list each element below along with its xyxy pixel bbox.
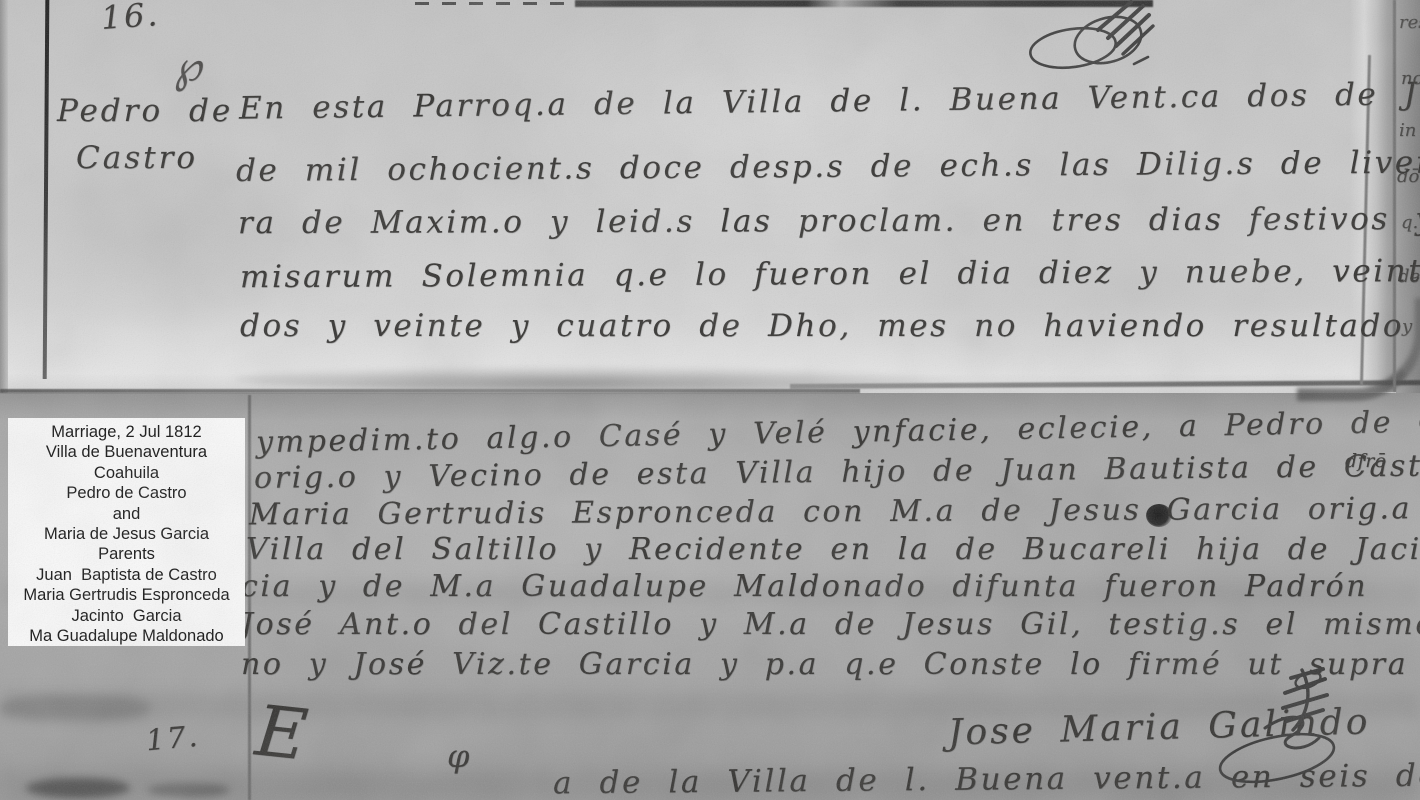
handwritten-line: de mil ochocient.s doce desp.s de ech.s …: [236, 146, 1420, 187]
label-parent-line: Maria Gertrudis Espronceda: [8, 585, 245, 605]
handwritten-line: cia y de M.a Guadalupe Maldonado difunta…: [241, 572, 1368, 602]
label-date-line: Marriage, 2 Jul 1812: [8, 422, 245, 442]
label-place-line: Villa de Buenaventura: [8, 442, 245, 462]
label-parent-line: Juan Baptista de Castro: [8, 565, 245, 585]
page-left-edge: [0, 0, 8, 393]
next-entry-initial: E: [252, 696, 310, 771]
handwritten-line: Villa del Saltillo y Recidente en la de …: [246, 535, 1420, 565]
label-parent-line: Jacinto Garcia: [8, 606, 245, 626]
margin-flourish-glyph: ℘: [169, 44, 204, 90]
entry-number: 16.: [100, 0, 161, 34]
next-entry-number: 17.: [145, 722, 201, 756]
handwritten-line: Maria Gertrudis Espronceda con M.a de Je…: [249, 494, 1420, 531]
handwritten-line: dos y veinte y cuatro de Dho, mes no hav…: [240, 311, 1404, 342]
ink-bleed-smudge: [0, 695, 150, 721]
gutter-text-fragment: res: [1399, 14, 1420, 32]
gutter-text-fragment: q.: [1401, 214, 1418, 232]
margin-groom-name-line1: Pedro de: [57, 96, 233, 127]
gutter-text-fragment: y: [1402, 318, 1412, 336]
gutter-text-fragment: no: [1401, 70, 1420, 88]
cross-flourish-glyph: φ: [447, 740, 469, 772]
gutter-text-fragment: de: [1398, 268, 1420, 286]
signature-rubric-icon: [1205, 666, 1345, 788]
handwritten-line: José Ant.o del Castillo y M.a de Jesus G…: [241, 610, 1420, 640]
label-and-line: and: [8, 504, 245, 524]
page-divider: [0, 389, 860, 393]
marriage-index-label: Marriage, 2 Jul 1812 Villa de Buenaventu…: [8, 418, 245, 646]
pen-flourish-icon: [1018, 0, 1158, 78]
margin-groom-name-line2: Castro: [76, 143, 198, 174]
label-state-line: Coahuila: [8, 463, 245, 483]
gutter-text-fragment: in: [1399, 122, 1416, 140]
label-bride-line: Maria de Jesus Garcia: [8, 524, 245, 544]
label-groom-line: Pedro de Castro: [8, 483, 245, 503]
gutter-text-fragment: dō: [1397, 168, 1419, 186]
scanned-marriage-record: 16. ℘ Pedro de Castro En esta Parroq.a d…: [0, 0, 1420, 800]
label-parents-heading: Parents: [8, 544, 245, 564]
label-parent-line: Ma Guadalupe Maldonado: [8, 626, 245, 646]
ink-bleed-smudge: [26, 778, 130, 798]
handwritten-line: ra de Maxim.o y leid.s las proclam. en t…: [238, 204, 1420, 239]
ink-bleed-smudge: [148, 783, 230, 797]
scan-top-edge-artifact: [415, 2, 570, 5]
handwritten-line: misarum Solemnia q.e lo fueron el dia di…: [240, 256, 1420, 294]
